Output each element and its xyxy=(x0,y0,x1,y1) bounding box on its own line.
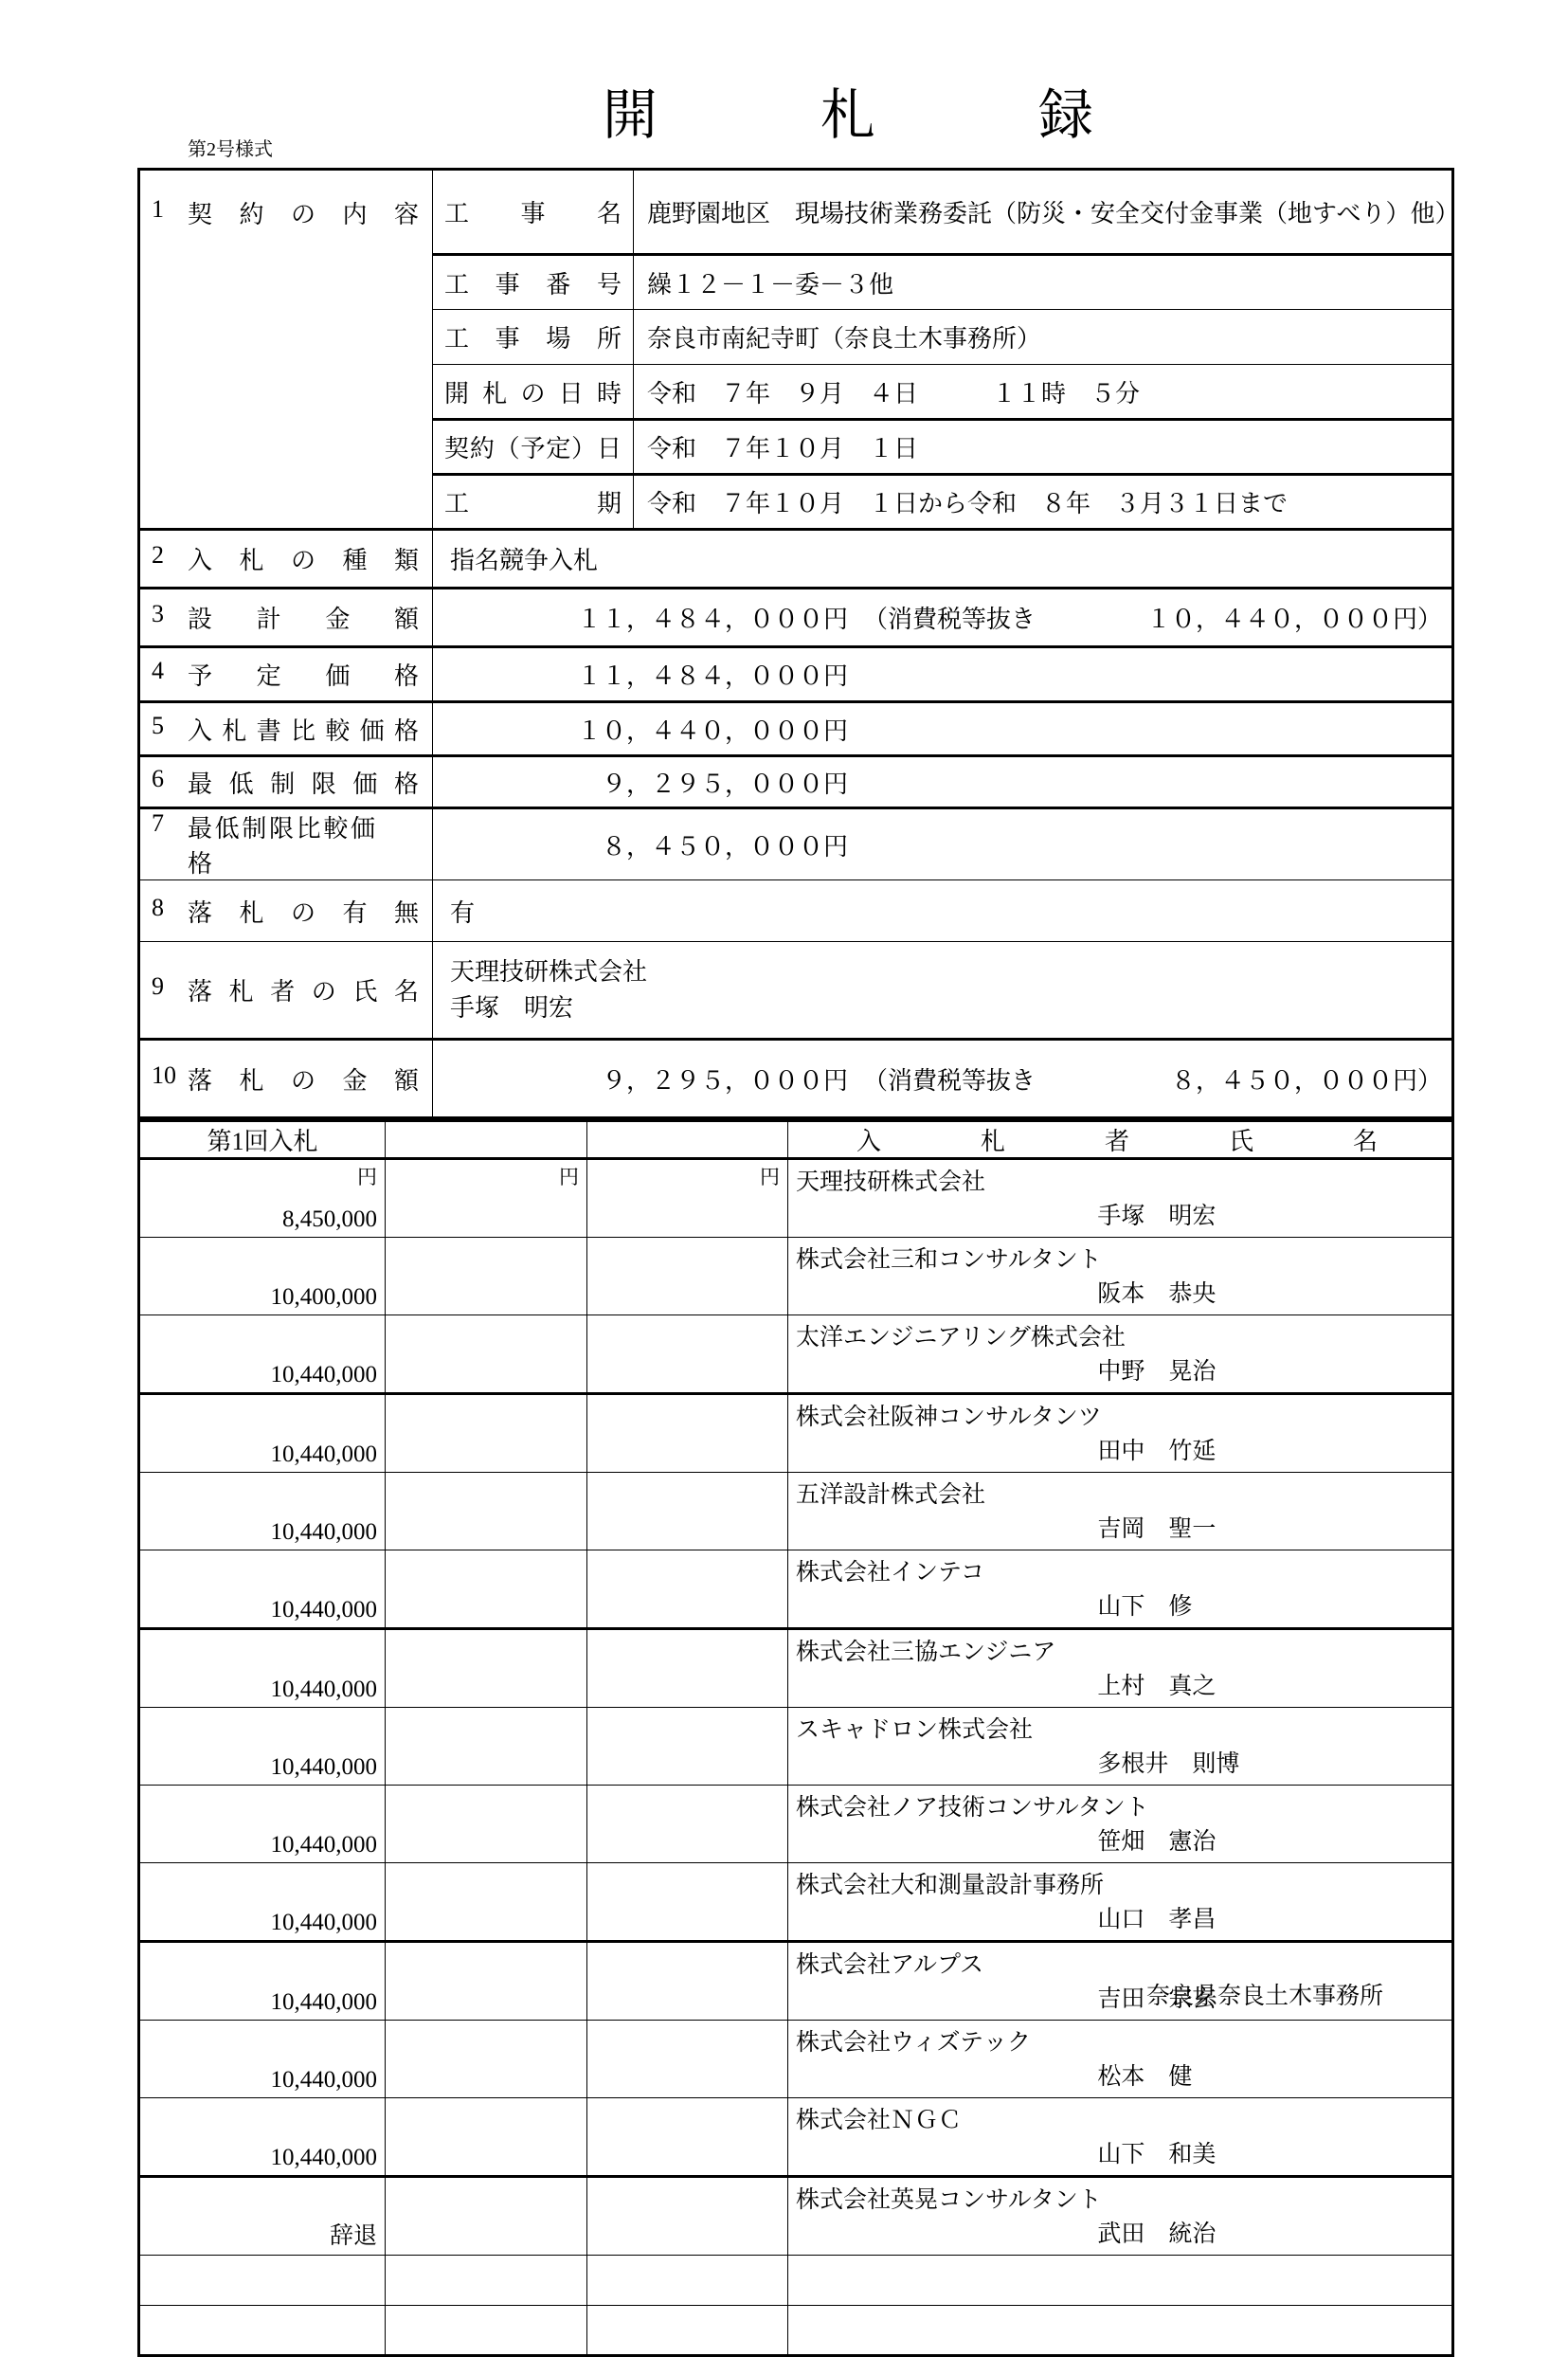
bidder-name-cell-content: 株式会社三協エンジニア 上村 真之 xyxy=(788,1630,1451,1707)
bid-round2-cell xyxy=(386,1786,587,1863)
bidder-name-cell: 株式会社英晃コンサルタント 武田 統治 xyxy=(788,2177,1453,2256)
bid-round3-cell xyxy=(587,1394,788,1473)
winner-company: 天理技研株式会社 xyxy=(450,954,647,990)
footer-office-name: 奈良県奈良土木事務所 xyxy=(137,1977,1451,2011)
bid-round2-cell-content xyxy=(386,1238,586,1314)
section-label-row: 9落札者の氏名 xyxy=(140,972,432,1007)
bidder-name-cell-content: 株式会社インテコ 山下 修 xyxy=(788,1550,1451,1627)
bidder-company: 五洋設計株式会社 xyxy=(796,1476,1451,1510)
section-value-content: ８，４５０，０００円 xyxy=(446,827,1451,862)
bidder-person: 上村 真之 xyxy=(1097,1667,1451,1701)
contract-value-cell: 繰１２－１－委－３他 xyxy=(634,255,1453,310)
section-label: 設計金額 xyxy=(188,600,419,635)
attr-label: 工事場所 xyxy=(444,325,622,353)
bid-amount-cell xyxy=(139,2256,386,2306)
bid-round2-cell-content xyxy=(386,1708,586,1785)
bidder-name-cell-content: 天理技研株式会社 手塚 明宏 xyxy=(788,1160,1451,1237)
bid-round3-cell xyxy=(587,2177,788,2256)
bid-row: 10,440,000 株式会社三協エンジニア 上村 真之 xyxy=(139,1629,1453,1708)
bid-row: 10,440,000 スキャドロン株式会社 多根井 則博 xyxy=(139,1708,1453,1786)
round-header-cell: 第1回入札 xyxy=(139,1121,386,1159)
section-value-cell: 天理技研株式会社 手塚 明宏 xyxy=(433,942,1453,1040)
contract-value-cell: 奈良市南紀寺町（奈良土木事務所） xyxy=(634,310,1453,365)
section-value-content: １０，４４０，０００円 xyxy=(446,712,1451,747)
section-label: 最低制限比較価格 xyxy=(188,809,375,879)
bidder-name-cell xyxy=(788,2306,1453,2356)
section-number: 3 xyxy=(152,600,188,628)
bidder-company: 太洋エンジニアリング株式会社 xyxy=(796,1318,1451,1352)
bid-round2-cell-content xyxy=(386,2178,586,2255)
bidder-name-cell xyxy=(788,2256,1453,2306)
bidder-name-cell-content: 株式会社ウィズテック 松本 健 xyxy=(788,2021,1451,2097)
section-row: 5入札書比較価格 １０，４４０，０００円 xyxy=(139,702,1453,756)
bidder-name-cell: 株式会社ノア技術コンサルタント 笹畑 憲治 xyxy=(788,1786,1453,1863)
yen-unit-label: 円 xyxy=(760,1162,780,1190)
section-value-content: ９，２９５，０００円 （消費税等抜き ８，４５０，０００円） xyxy=(446,1061,1451,1097)
bid-amount: 10,440,000 xyxy=(271,1754,378,1781)
contract-attr-cell: 工期 xyxy=(433,475,634,530)
value-text: 令和 ７年 ９月 ４日 １１時 ５分 xyxy=(647,380,1140,408)
bidder-name-cell-content: 五洋設計株式会社 吉岡 聖一 xyxy=(788,1473,1451,1550)
contract-attr-cell: 工事場所 xyxy=(433,310,634,365)
section-label-row: 10落札の金額 xyxy=(140,1061,432,1097)
bidder-name-cell: 株式会社三協エンジニア 上村 真之 xyxy=(788,1629,1453,1708)
bidder-person: 多根井 則博 xyxy=(1097,1745,1451,1779)
tax-note: （消費税等抜き xyxy=(863,600,1036,635)
bid-amount: 8,450,000 xyxy=(282,1206,377,1233)
bid-round3-cell-content xyxy=(587,1708,787,1785)
bid-round2-cell xyxy=(386,1629,587,1708)
bid-round3-cell-content xyxy=(587,1238,787,1314)
bid-amount-cell: 10,440,000 xyxy=(139,2021,386,2098)
bid-round3-cell-content xyxy=(587,1550,787,1627)
bid-amount-cell-content: 10,440,000 xyxy=(140,1315,385,1392)
amount-value: １１，４８４，０００円 xyxy=(450,657,848,692)
bidder-name-cell: 株式会社三和コンサルタント 阪本 恭央 xyxy=(788,1238,1453,1315)
section-label: 落札の有無 xyxy=(188,894,419,929)
contract-attr-cell: 開札の日時 xyxy=(433,365,634,420)
bidder-company: スキャドロン株式会社 xyxy=(796,1711,1451,1745)
bid-amount: 10,440,000 xyxy=(271,1910,378,1936)
section-label-cell: 2入札の種類 xyxy=(139,530,433,589)
section-row: 8落札の有無 有 xyxy=(139,880,1453,942)
bid-round2-cell-content xyxy=(386,2021,586,2097)
attr-label: 工事番号 xyxy=(444,271,622,299)
section-label-row: 6最低制限価格 xyxy=(140,765,432,800)
bidder-person: 山口 孝昌 xyxy=(1097,1900,1451,1934)
bidder-name-cell: 株式会社ＮＧＣ 山下 和美 xyxy=(788,2098,1453,2177)
bid-round2-cell xyxy=(386,1550,587,1629)
bidder-person: 田中 竹延 xyxy=(1097,1432,1451,1466)
contract-attr-cell: 工事番号 xyxy=(433,255,634,310)
bid-amount-cell: 10,440,000 xyxy=(139,1315,386,1394)
bid-amount: 10,440,000 xyxy=(271,1832,378,1858)
bid-round3-cell xyxy=(587,1238,788,1315)
bidder-name-cell-content: 株式会社大和測量設計事務所 山口 孝昌 xyxy=(788,1863,1451,1940)
yen-unit-label: 円 xyxy=(357,1162,377,1190)
amount-value: ８，４５０，０００円 xyxy=(450,827,848,862)
bid-amount: 10,400,000 xyxy=(271,1284,378,1311)
section-number: 8 xyxy=(152,894,188,922)
bid-amount-cell: 10,440,000 xyxy=(139,1473,386,1550)
bid-round3-cell-content xyxy=(587,2178,787,2255)
bid-amount-cell: 10,440,000 xyxy=(139,1629,386,1708)
bid-round3-cell xyxy=(587,1550,788,1629)
bid-row: 10,440,000 株式会社大和測量設計事務所 山口 孝昌 xyxy=(139,1863,1453,1942)
bidder-name-cell: 天理技研株式会社 手塚 明宏 xyxy=(788,1159,1453,1238)
contract-value-cell: 令和 ７年 ９月 ４日 １１時 ５分 xyxy=(634,365,1453,420)
contract-section-label-cell: 1契約の内容 xyxy=(139,170,433,530)
bid-round3-cell xyxy=(587,2256,788,2306)
contract-row: 1契約の内容 工事名 鹿野園地区 現場技術業務委託（防災・安全交付金事業（地すべ… xyxy=(139,170,1453,255)
section-label-cell: 5入札書比較価格 xyxy=(139,702,433,756)
winner-person: 手塚 明宏 xyxy=(450,990,647,1026)
bid-round2-cell xyxy=(386,1315,587,1394)
bid-row: 10,400,000 株式会社三和コンサルタント 阪本 恭央 xyxy=(139,1238,1453,1315)
bid-amount-cell: 10,400,000 xyxy=(139,1238,386,1315)
section-value-cell: １１，４８４，０００円 （消費税等抜き １０，４４０，０００円） xyxy=(433,589,1453,647)
bidder-name-cell-content xyxy=(788,2256,1451,2305)
bid-round3-cell-content xyxy=(587,1786,787,1862)
bid-amount-cell-content: 円 8,450,000 xyxy=(140,1160,385,1237)
bid-amount-cell-content: 10,440,000 xyxy=(140,1395,385,1472)
bid-header-blank-cell xyxy=(587,1121,788,1159)
section-label: 最低制限価格 xyxy=(188,765,419,800)
bid-row: 10,440,000 株式会社ＮＧＣ 山下 和美 xyxy=(139,2098,1453,2177)
section-value-content: 指名競争入札 xyxy=(446,541,1451,576)
bid-round2-cell-content xyxy=(386,1863,586,1940)
section-value-cell: 指名競争入札 xyxy=(433,530,1453,589)
bidder-name-cell: 株式会社ウィズテック 松本 健 xyxy=(788,2021,1453,2098)
section-label: 落札者の氏名 xyxy=(188,972,419,1007)
bid-round2-cell-content xyxy=(386,1315,586,1392)
bidder-name-cell-content: 株式会社阪神コンサルタンツ 田中 竹延 xyxy=(788,1395,1451,1472)
bid-amount-cell: 辞退 xyxy=(139,2177,386,2256)
winner-name-lines: 天理技研株式会社 手塚 明宏 xyxy=(450,954,647,1026)
bidder-person: 吉岡 聖一 xyxy=(1097,1510,1451,1544)
bid-round2-cell xyxy=(386,2306,587,2356)
attr-label: 開札の日時 xyxy=(444,380,622,408)
bidder-name-cell: 五洋設計株式会社 吉岡 聖一 xyxy=(788,1473,1453,1550)
contract-attr-cell: 工事名 xyxy=(433,170,634,255)
bid-amount: 10,440,000 xyxy=(271,1677,378,1703)
section-label-row: 2入札の種類 xyxy=(140,541,432,576)
bid-round2-cell xyxy=(386,1238,587,1315)
contract-value-cell: 令和 ７年１０月 １日から令和 ８年 ３月３１日まで xyxy=(634,475,1453,530)
bidder-company: 株式会社アルプス xyxy=(796,1946,1451,1980)
section-number: 6 xyxy=(152,765,188,793)
bidder-name-cell: 株式会社インテコ 山下 修 xyxy=(788,1550,1453,1629)
section-number: 2 xyxy=(152,541,188,570)
bid-round2-cell xyxy=(386,1394,587,1473)
section-value-content: １１，４８４，０００円 xyxy=(446,657,1451,692)
bid-round3-cell-content xyxy=(587,1630,787,1707)
bid-amount-cell-content xyxy=(140,2306,385,2354)
value-text: 繰１２－１－委－３他 xyxy=(647,271,893,299)
bidder-header-cell: 入札者氏名 xyxy=(788,1121,1453,1159)
section-label-row: 5入札書比較価格 xyxy=(140,712,432,747)
section-number: 7 xyxy=(152,809,188,838)
tax-excluded-amount: ８，４５０，０００円） xyxy=(1171,1061,1442,1097)
section-label: 契約の内容 xyxy=(188,195,419,230)
bid-amount-cell: 10,440,000 xyxy=(139,1550,386,1629)
contract-summary-table: 1契約の内容 工事名 鹿野園地区 現場技術業務委託（防災・安全交付金事業（地すべ… xyxy=(137,168,1454,1119)
value-text: 指名競争入札 xyxy=(450,541,598,576)
contract-value-cell: 令和 ７年１０月 １日 xyxy=(634,420,1453,475)
section-value-content: １１，４８４，０００円 （消費税等抜き １０，４４０，０００円） xyxy=(446,600,1451,635)
bid-round3-cell xyxy=(587,2098,788,2177)
attr-label: 契約（予定）日 xyxy=(444,435,622,462)
section-row: 10落札の金額 ９，２９５，０００円 （消費税等抜き ８，４５０，０００円） xyxy=(139,1040,1453,1118)
bidder-name-cell-content: スキャドロン株式会社 多根井 則博 xyxy=(788,1708,1451,1785)
section-row: 3設計金額 １１，４８４，０００円 （消費税等抜き １０，４４０，０００円） xyxy=(139,589,1453,647)
bid-amount-cell-content: 10,440,000 xyxy=(140,1550,385,1627)
bid-row: 10,440,000 株式会社ノア技術コンサルタント 笹畑 憲治 xyxy=(139,1786,1453,1863)
page-root: 第2号様式 開札録 1契約の内容 工事名 鹿野園地区 現場技術業務委託（防災・安… xyxy=(0,0,1568,2218)
bid-amount-cell-content: 10,440,000 xyxy=(140,1708,385,1785)
bid-round2-cell: 円 xyxy=(386,1159,587,1238)
bid-round2-cell-content xyxy=(386,2256,586,2305)
bidder-person: 手塚 明宏 xyxy=(1097,1197,1451,1231)
bidder-name-cell-content: 株式会社三和コンサルタント 阪本 恭央 xyxy=(788,1238,1451,1314)
attr-label: 工事名 xyxy=(444,200,622,227)
bid-round3-cell xyxy=(587,1863,788,1942)
bid-amount-cell-content: 10,440,000 xyxy=(140,1863,385,1940)
bidder-company: 株式会社阪神コンサルタンツ xyxy=(796,1398,1451,1432)
bid-row xyxy=(139,2306,1453,2356)
bid-amount-cell: 10,440,000 xyxy=(139,2098,386,2177)
value-text: 令和 ７年１０月 １日 xyxy=(647,435,918,462)
bid-round2-cell xyxy=(386,2098,587,2177)
bidder-name-cell-content xyxy=(788,2306,1451,2354)
bid-round2-cell-content: 円 xyxy=(386,1160,586,1237)
amount-value: １０，４４０，０００円 xyxy=(450,712,848,747)
bid-row xyxy=(139,2256,1453,2306)
section-value-content: ９，２９５，０００円 xyxy=(446,765,1451,800)
section-row: 2入札の種類 指名競争入札 xyxy=(139,530,1453,589)
bid-round3-cell xyxy=(587,1315,788,1394)
bid-header-blank-cell xyxy=(386,1121,587,1159)
bidder-name-cell: 株式会社阪神コンサルタンツ 田中 竹延 xyxy=(788,1394,1453,1473)
bid-amount-cell: 円 8,450,000 xyxy=(139,1159,386,1238)
bid-round3-cell-content xyxy=(587,1395,787,1472)
bid-round2-cell-content xyxy=(386,1550,586,1627)
bidder-company: 株式会社ＮＧＣ xyxy=(796,2101,1451,2135)
bid-row: 10,440,000 太洋エンジニアリング株式会社 中野 晃治 xyxy=(139,1315,1453,1394)
section-label-cell: 7最低制限比較価格 xyxy=(139,808,433,880)
value-text: 令和 ７年１０月 １日から令和 ８年 ３月３１日まで xyxy=(647,490,1288,517)
bid-row: 10,440,000 株式会社インテコ 山下 修 xyxy=(139,1550,1453,1629)
bidder-company: 株式会社インテコ xyxy=(796,1553,1451,1587)
bidder-company: 株式会社三和コンサルタント xyxy=(796,1241,1451,1275)
bid-round2-cell xyxy=(386,2256,587,2306)
section-label-cell: 3設計金額 xyxy=(139,589,433,647)
bidder-company: 株式会社英晃コンサルタント xyxy=(796,2181,1451,2215)
bid-round3-cell xyxy=(587,1473,788,1550)
bidder-company: 株式会社ノア技術コンサルタント xyxy=(796,1788,1451,1822)
contract-value-cell: 鹿野園地区 現場技術業務委託（防災・安全交付金事業（地すべり）他） xyxy=(634,170,1453,255)
value-text: 鹿野園地区 現場技術業務委託（防災・安全交付金事業（地すべり）他） xyxy=(647,200,1453,227)
amount-value: １１，４８４，０００円 xyxy=(450,600,848,635)
bid-amount-cell-content: 10,440,000 xyxy=(140,2021,385,2097)
bid-amount-cell-content: 10,440,000 xyxy=(140,1630,385,1707)
bid-round3-cell: 円 xyxy=(587,1159,788,1238)
bid-amount-cell: 10,440,000 xyxy=(139,1394,386,1473)
bidder-company: 株式会社ウィズテック xyxy=(796,2023,1451,2058)
amount-value: ９，２９５，０００円 xyxy=(450,1061,848,1097)
bidder-name-cell: 株式会社大和測量設計事務所 山口 孝昌 xyxy=(788,1863,1453,1942)
bidder-person: 山下 和美 xyxy=(1097,2135,1451,2169)
bid-amount: 10,440,000 xyxy=(271,2145,378,2171)
bid-round3-cell xyxy=(587,1708,788,1786)
bid-round2-cell-content xyxy=(386,1786,586,1862)
section-row: 6最低制限価格 ９，２９５，０００円 xyxy=(139,756,1453,808)
section-label-row: 1契約の内容 xyxy=(140,195,432,230)
bidder-name-cell-content: 株式会社英晃コンサルタント 武田 統治 xyxy=(788,2178,1451,2255)
bid-round3-cell xyxy=(587,2021,788,2098)
bid-header-row: 第1回入札 入札者氏名 xyxy=(139,1121,1453,1159)
section-label-cell: 4予定価格 xyxy=(139,647,433,702)
section-label: 予定価格 xyxy=(188,657,419,692)
bid-round2-cell-content xyxy=(386,1473,586,1550)
tax-note: （消費税等抜き xyxy=(863,1061,1036,1097)
bid-amount: 辞退 xyxy=(330,2217,377,2251)
bidder-name-cell-content: 株式会社ＮＧＣ 山下 和美 xyxy=(788,2098,1451,2175)
bid-amount-cell-content: 10,440,000 xyxy=(140,1473,385,1550)
section-label-row: 4予定価格 xyxy=(140,657,432,692)
bid-round2-cell-content xyxy=(386,1630,586,1707)
section-label-cell: 9落札者の氏名 xyxy=(139,942,433,1040)
bid-amount-cell-content xyxy=(140,2256,385,2305)
bid-amount: 10,440,000 xyxy=(271,1441,378,1468)
section-number: 9 xyxy=(152,972,188,1001)
tax-excluded-amount: １０，４４０，０００円） xyxy=(1146,600,1442,635)
bid-round3-cell-content xyxy=(587,1473,787,1550)
bid-round2-cell-content xyxy=(386,2306,586,2354)
yen-unit-label: 円 xyxy=(559,1162,579,1190)
attr-label: 工期 xyxy=(444,490,622,517)
bid-amount-cell-content: 辞退 xyxy=(140,2178,385,2255)
bidder-name-cell: スキャドロン株式会社 多根井 則博 xyxy=(788,1708,1453,1786)
bid-round3-cell xyxy=(587,1629,788,1708)
bid-amount: 10,440,000 xyxy=(271,1597,378,1623)
bid-round3-cell-content xyxy=(587,2098,787,2175)
section-row: 4予定価格 １１，４８４，０００円 xyxy=(139,647,1453,702)
bid-row: 円 8,450,000 円 円 天理技研株式会社 手塚 明宏 xyxy=(139,1159,1453,1238)
section-row: 9落札者の氏名 天理技研株式会社 手塚 明宏 xyxy=(139,942,1453,1040)
section-number: 10 xyxy=(152,1061,188,1090)
section-value-cell: １１，４８４，０００円 xyxy=(433,647,1453,702)
bidder-person: 松本 健 xyxy=(1097,2058,1451,2092)
document-body: 1契約の内容 工事名 鹿野園地区 現場技術業務委託（防災・安全交付金事業（地すべ… xyxy=(137,168,1451,2357)
section-row: 7最低制限比較価格 ８，４５０，０００円 xyxy=(139,808,1453,880)
section-label-row: 8落札の有無 xyxy=(140,894,432,929)
bid-amount-cell-content: 10,440,000 xyxy=(140,2098,385,2175)
bid-round2-cell-content xyxy=(386,2098,586,2175)
bidder-name-cell-content: 株式会社ノア技術コンサルタント 笹畑 憲治 xyxy=(788,1786,1451,1862)
section-number: 1 xyxy=(152,195,188,224)
bid-amount-cell-content: 10,440,000 xyxy=(140,1786,385,1862)
bid-amount-cell: 10,440,000 xyxy=(139,1786,386,1863)
value-text: 有 xyxy=(450,894,475,929)
bid-round3-cell xyxy=(587,2306,788,2356)
bid-round3-cell-content xyxy=(587,2021,787,2097)
bid-row: 10,440,000 株式会社阪神コンサルタンツ 田中 竹延 xyxy=(139,1394,1453,1473)
section-value-cell: ９，２９５，０００円 （消費税等抜き ８，４５０，０００円） xyxy=(433,1040,1453,1118)
document-title: 開札録 xyxy=(603,70,1256,150)
section-number: 4 xyxy=(152,657,188,685)
bid-row: 辞退 株式会社英晃コンサルタント 武田 統治 xyxy=(139,2177,1453,2256)
bidder-name-cell: 太洋エンジニアリング株式会社 中野 晃治 xyxy=(788,1315,1453,1394)
bid-round3-cell-content: 円 xyxy=(587,1160,787,1237)
bidder-person: 笹畑 憲治 xyxy=(1097,1822,1451,1857)
bid-amount: 10,440,000 xyxy=(271,1362,378,1388)
bid-amount-cell: 10,440,000 xyxy=(139,1863,386,1942)
section-label: 入札書比較価格 xyxy=(188,712,419,747)
bidder-company: 株式会社三協エンジニア xyxy=(796,1633,1451,1667)
section-label-cell: 10落札の金額 xyxy=(139,1040,433,1118)
section-number: 5 xyxy=(152,712,188,740)
section-label-cell: 8落札の有無 xyxy=(139,880,433,942)
bid-round3-cell-content xyxy=(587,1315,787,1392)
bidder-name-cell-content: 太洋エンジニアリング株式会社 中野 晃治 xyxy=(788,1315,1451,1392)
value-text: 奈良市南紀寺町（奈良土木事務所） xyxy=(647,325,1041,353)
section-label-row: 3設計金額 xyxy=(140,600,432,635)
bid-round2-cell xyxy=(386,1863,587,1942)
section-label-cell: 6最低制限価格 xyxy=(139,756,433,808)
bid-round2-cell xyxy=(386,2177,587,2256)
section-value-content: 天理技研株式会社 手塚 明宏 xyxy=(446,954,1451,1026)
section-label: 落札の金額 xyxy=(188,1061,419,1097)
bid-amount-cell: 10,440,000 xyxy=(139,1708,386,1786)
bid-amount-cell-content: 10,400,000 xyxy=(140,1238,385,1314)
bid-round3-cell-content xyxy=(587,2306,787,2354)
section-value-content: 有 xyxy=(446,894,1451,929)
bid-amount: 10,440,000 xyxy=(271,1519,378,1546)
bidder-person: 中野 晃治 xyxy=(1097,1352,1451,1387)
bidder-company: 株式会社大和測量設計事務所 xyxy=(796,1866,1451,1900)
section-value-cell: 有 xyxy=(433,880,1453,942)
bidder-person: 武田 統治 xyxy=(1097,2215,1451,2249)
bidder-person: 阪本 恭央 xyxy=(1097,1275,1451,1309)
bid-row: 10,440,000 五洋設計株式会社 吉岡 聖一 xyxy=(139,1473,1453,1550)
bid-row: 10,440,000 株式会社ウィズテック 松本 健 xyxy=(139,2021,1453,2098)
bid-amount: 10,440,000 xyxy=(271,2067,378,2094)
bid-round2-cell xyxy=(386,2021,587,2098)
bidder-company: 天理技研株式会社 xyxy=(796,1163,1451,1197)
form-number-label: 第2号様式 xyxy=(188,134,273,161)
section-value-cell: ９，２９５，０００円 xyxy=(433,756,1453,808)
bid-amount-cell xyxy=(139,2306,386,2356)
bid-round3-cell xyxy=(587,1786,788,1863)
bid-round3-cell-content xyxy=(587,2256,787,2305)
section-label-row: 7最低制限比較価格 xyxy=(140,809,432,879)
amount-value: ９，２９５，０００円 xyxy=(450,765,848,800)
contract-attr-cell: 契約（予定）日 xyxy=(433,420,634,475)
bid-round2-cell xyxy=(386,1473,587,1550)
bidder-person: 山下 修 xyxy=(1097,1587,1451,1622)
bid-table: 第1回入札 入札者氏名 円 8,450,000 円 円 xyxy=(137,1119,1454,2357)
section-value-cell: １０，４４０，０００円 xyxy=(433,702,1453,756)
section-label: 入札の種類 xyxy=(188,541,419,576)
bid-round2-cell xyxy=(386,1708,587,1786)
section-value-cell: ８，４５０，０００円 xyxy=(433,808,1453,880)
bid-round2-cell-content xyxy=(386,1395,586,1472)
bid-round3-cell-content xyxy=(587,1863,787,1940)
